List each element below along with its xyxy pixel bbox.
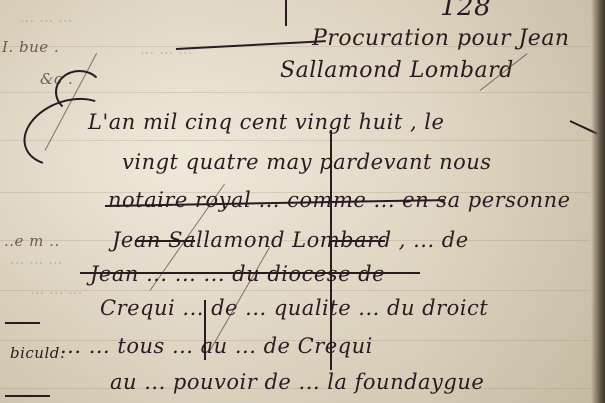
initial-flourish <box>55 70 104 114</box>
strike-through <box>330 240 385 242</box>
body-line: Jean ... ... ... du diocese de <box>90 262 385 286</box>
long-descender <box>330 130 332 370</box>
body-line: vingt quatre may pardevant nous <box>122 150 492 174</box>
bleed-through-text: ... ... ... <box>30 280 82 298</box>
page-edge-shadow <box>591 0 605 403</box>
body-line: L'an mil cinq cent vingt huit , le <box>88 110 444 134</box>
strike-through <box>80 272 420 274</box>
heading-line-1: Procuration pour Jean <box>312 26 570 51</box>
ruled-line <box>0 290 590 291</box>
margin-note: ..e m .. <box>4 232 60 250</box>
long-descender <box>204 300 206 360</box>
strike-through <box>135 240 195 242</box>
ink-stroke <box>285 0 287 26</box>
body-line: au ... pouvoir de ... la foundaygue <box>110 370 484 394</box>
ink-stroke <box>5 322 40 324</box>
folio-number: 128 <box>440 0 491 22</box>
body-line: Crequi ... de ... qualite ... du droict <box>100 296 488 320</box>
bleed-through-text: ... ... ... <box>20 8 72 26</box>
bleed-through-text: ... ... ... <box>10 250 62 268</box>
manuscript-page: ... ... ... ... ... ... ... ... ... ... … <box>0 0 605 403</box>
margin-note: biculd. <box>10 344 65 362</box>
ink-stroke <box>5 395 50 397</box>
margin-note: I. bue . <box>2 38 59 56</box>
heading-line-2: Sallamond Lombard <box>280 58 514 83</box>
